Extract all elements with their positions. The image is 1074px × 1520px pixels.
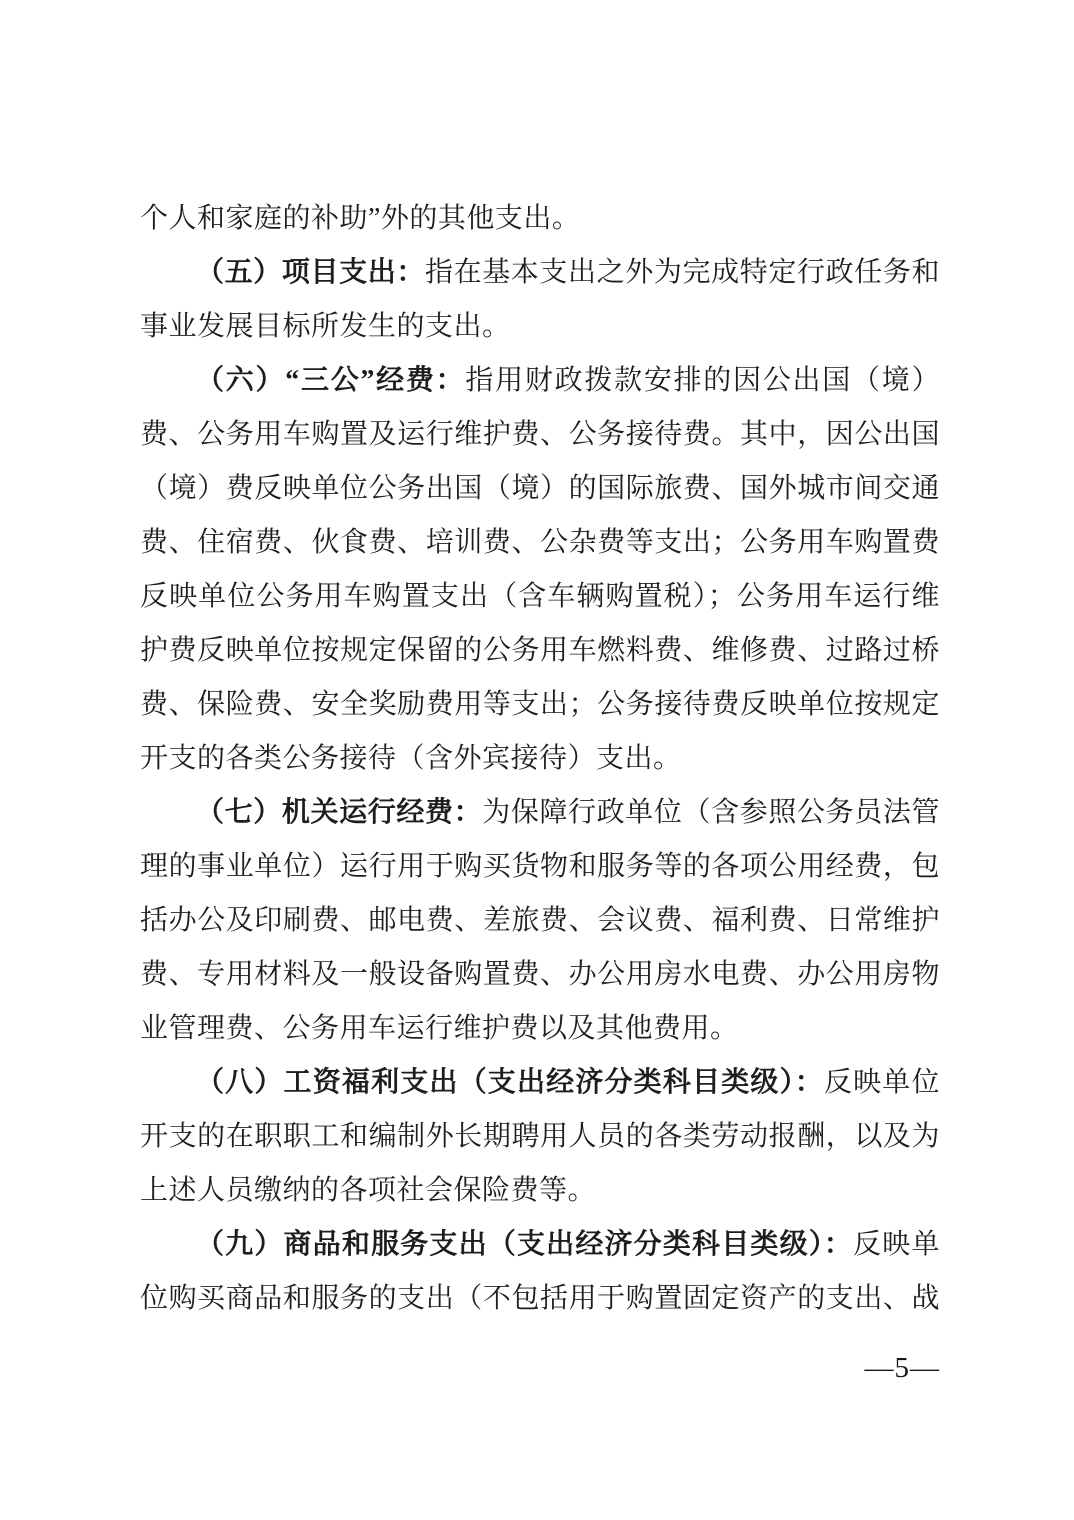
text-line: （九）商品和服务支出（支出经济分类科目类级）：反映单	[140, 1218, 940, 1272]
text-line: （境）费反映单位公务出国（境）的国际旅费、国外城市间交通	[140, 462, 940, 516]
text-segment: 括办公及印刷费、邮电费、差旅费、会议费、福利费、日常维护	[140, 905, 940, 936]
text-segment: 为保障行政单位（含参照公务员法管	[482, 797, 940, 828]
text-line: 开支的在职职工和编制外长期聘用人员的各类劳动报酬，以及为	[140, 1110, 940, 1164]
heading-segment: （六）“三公”经费：	[196, 365, 465, 396]
heading-segment: （八）工资福利支出（支出经济分类科目类级）：	[196, 1067, 824, 1098]
heading-segment: （五）项目支出：	[196, 257, 425, 288]
text-segment: 反映单	[853, 1229, 940, 1260]
text-line: 括办公及印刷费、邮电费、差旅费、会议费、福利费、日常维护	[140, 894, 940, 948]
text-line: 上述人员缴纳的各项社会保险费等。	[140, 1164, 940, 1218]
text-line: 护费反映单位按规定保留的公务用车燃料费、维修费、过路过桥	[140, 624, 940, 678]
text-segment: 费、公务用车购置及运行维护费、公务接待费。其中，因公出国	[140, 419, 940, 450]
text-segment: 反映单位	[824, 1067, 940, 1098]
text-segment: 指用财政拨款安排的因公出国（境）	[465, 365, 940, 396]
heading-segment: （七）机关运行经费：	[196, 797, 482, 828]
page-number: —5—	[865, 1348, 941, 1388]
text-line: 位购买商品和服务的支出（不包括用于购置固定资产的支出、战	[140, 1272, 940, 1326]
text-segment: 反映单位公务用车购置支出（含车辆购置税）；公务用车运行维	[140, 581, 940, 612]
text-segment: （境）费反映单位公务出国（境）的国际旅费、国外城市间交通	[140, 473, 940, 504]
text-segment: 开支的各类公务接待（含外宾接待）支出。	[140, 743, 682, 774]
heading-segment: （九）商品和服务支出（支出经济分类科目类级）：	[196, 1229, 853, 1260]
text-line: 开支的各类公务接待（含外宾接待）支出。	[140, 732, 940, 786]
text-segment: 护费反映单位按规定保留的公务用车燃料费、维修费、过路过桥	[140, 635, 940, 666]
text-segment: 指在基本支出之外为完成特定行政任务和	[425, 257, 940, 288]
text-line: 个人和家庭的补助”外的其他支出。	[140, 192, 940, 246]
text-segment: 上述人员缴纳的各项社会保险费等。	[140, 1175, 596, 1206]
text-line: 费、专用材料及一般设备购置费、办公用房水电费、办公用房物	[140, 948, 940, 1002]
document-page: 个人和家庭的补助”外的其他支出。（五）项目支出：指在基本支出之外为完成特定行政任…	[0, 0, 1074, 1520]
text-segment: 位购买商品和服务的支出（不包括用于购置固定资产的支出、战	[140, 1283, 940, 1314]
text-segment: 费、保险费、安全奖励费用等支出；公务接待费反映单位按规定	[140, 689, 940, 720]
text-segment: 事业发展目标所发生的支出。	[140, 311, 511, 342]
text-line: 费、保险费、安全奖励费用等支出；公务接待费反映单位按规定	[140, 678, 940, 732]
text-line: 费、住宿费、伙食费、培训费、公杂费等支出；公务用车购置费	[140, 516, 940, 570]
text-line: 理的事业单位）运行用于购买货物和服务等的各项公用经费，包	[140, 840, 940, 894]
text-segment: 开支的在职职工和编制外长期聘用人员的各类劳动报酬，以及为	[140, 1121, 940, 1152]
text-segment: 费、住宿费、伙食费、培训费、公杂费等支出；公务用车购置费	[140, 527, 940, 558]
text-line: 费、公务用车购置及运行维护费、公务接待费。其中，因公出国	[140, 408, 940, 462]
text-segment: 业管理费、公务用车运行维护费以及其他费用。	[140, 1013, 739, 1044]
text-line: 反映单位公务用车购置支出（含车辆购置税）；公务用车运行维	[140, 570, 940, 624]
text-line: （七）机关运行经费：为保障行政单位（含参照公务员法管	[140, 786, 940, 840]
text-line: 业管理费、公务用车运行维护费以及其他费用。	[140, 1002, 940, 1056]
document-text-block: 个人和家庭的补助”外的其他支出。（五）项目支出：指在基本支出之外为完成特定行政任…	[140, 192, 940, 1326]
text-segment: 费、专用材料及一般设备购置费、办公用房水电费、办公用房物	[140, 959, 940, 990]
text-line: （五）项目支出：指在基本支出之外为完成特定行政任务和	[140, 246, 940, 300]
text-line: 事业发展目标所发生的支出。	[140, 300, 940, 354]
text-line: （六）“三公”经费：指用财政拨款安排的因公出国（境）	[140, 354, 940, 408]
text-segment: 个人和家庭的补助”外的其他支出。	[140, 203, 580, 234]
text-segment: 理的事业单位）运行用于购买货物和服务等的各项公用经费，包	[140, 851, 940, 882]
text-line: （八）工资福利支出（支出经济分类科目类级）：反映单位	[140, 1056, 940, 1110]
